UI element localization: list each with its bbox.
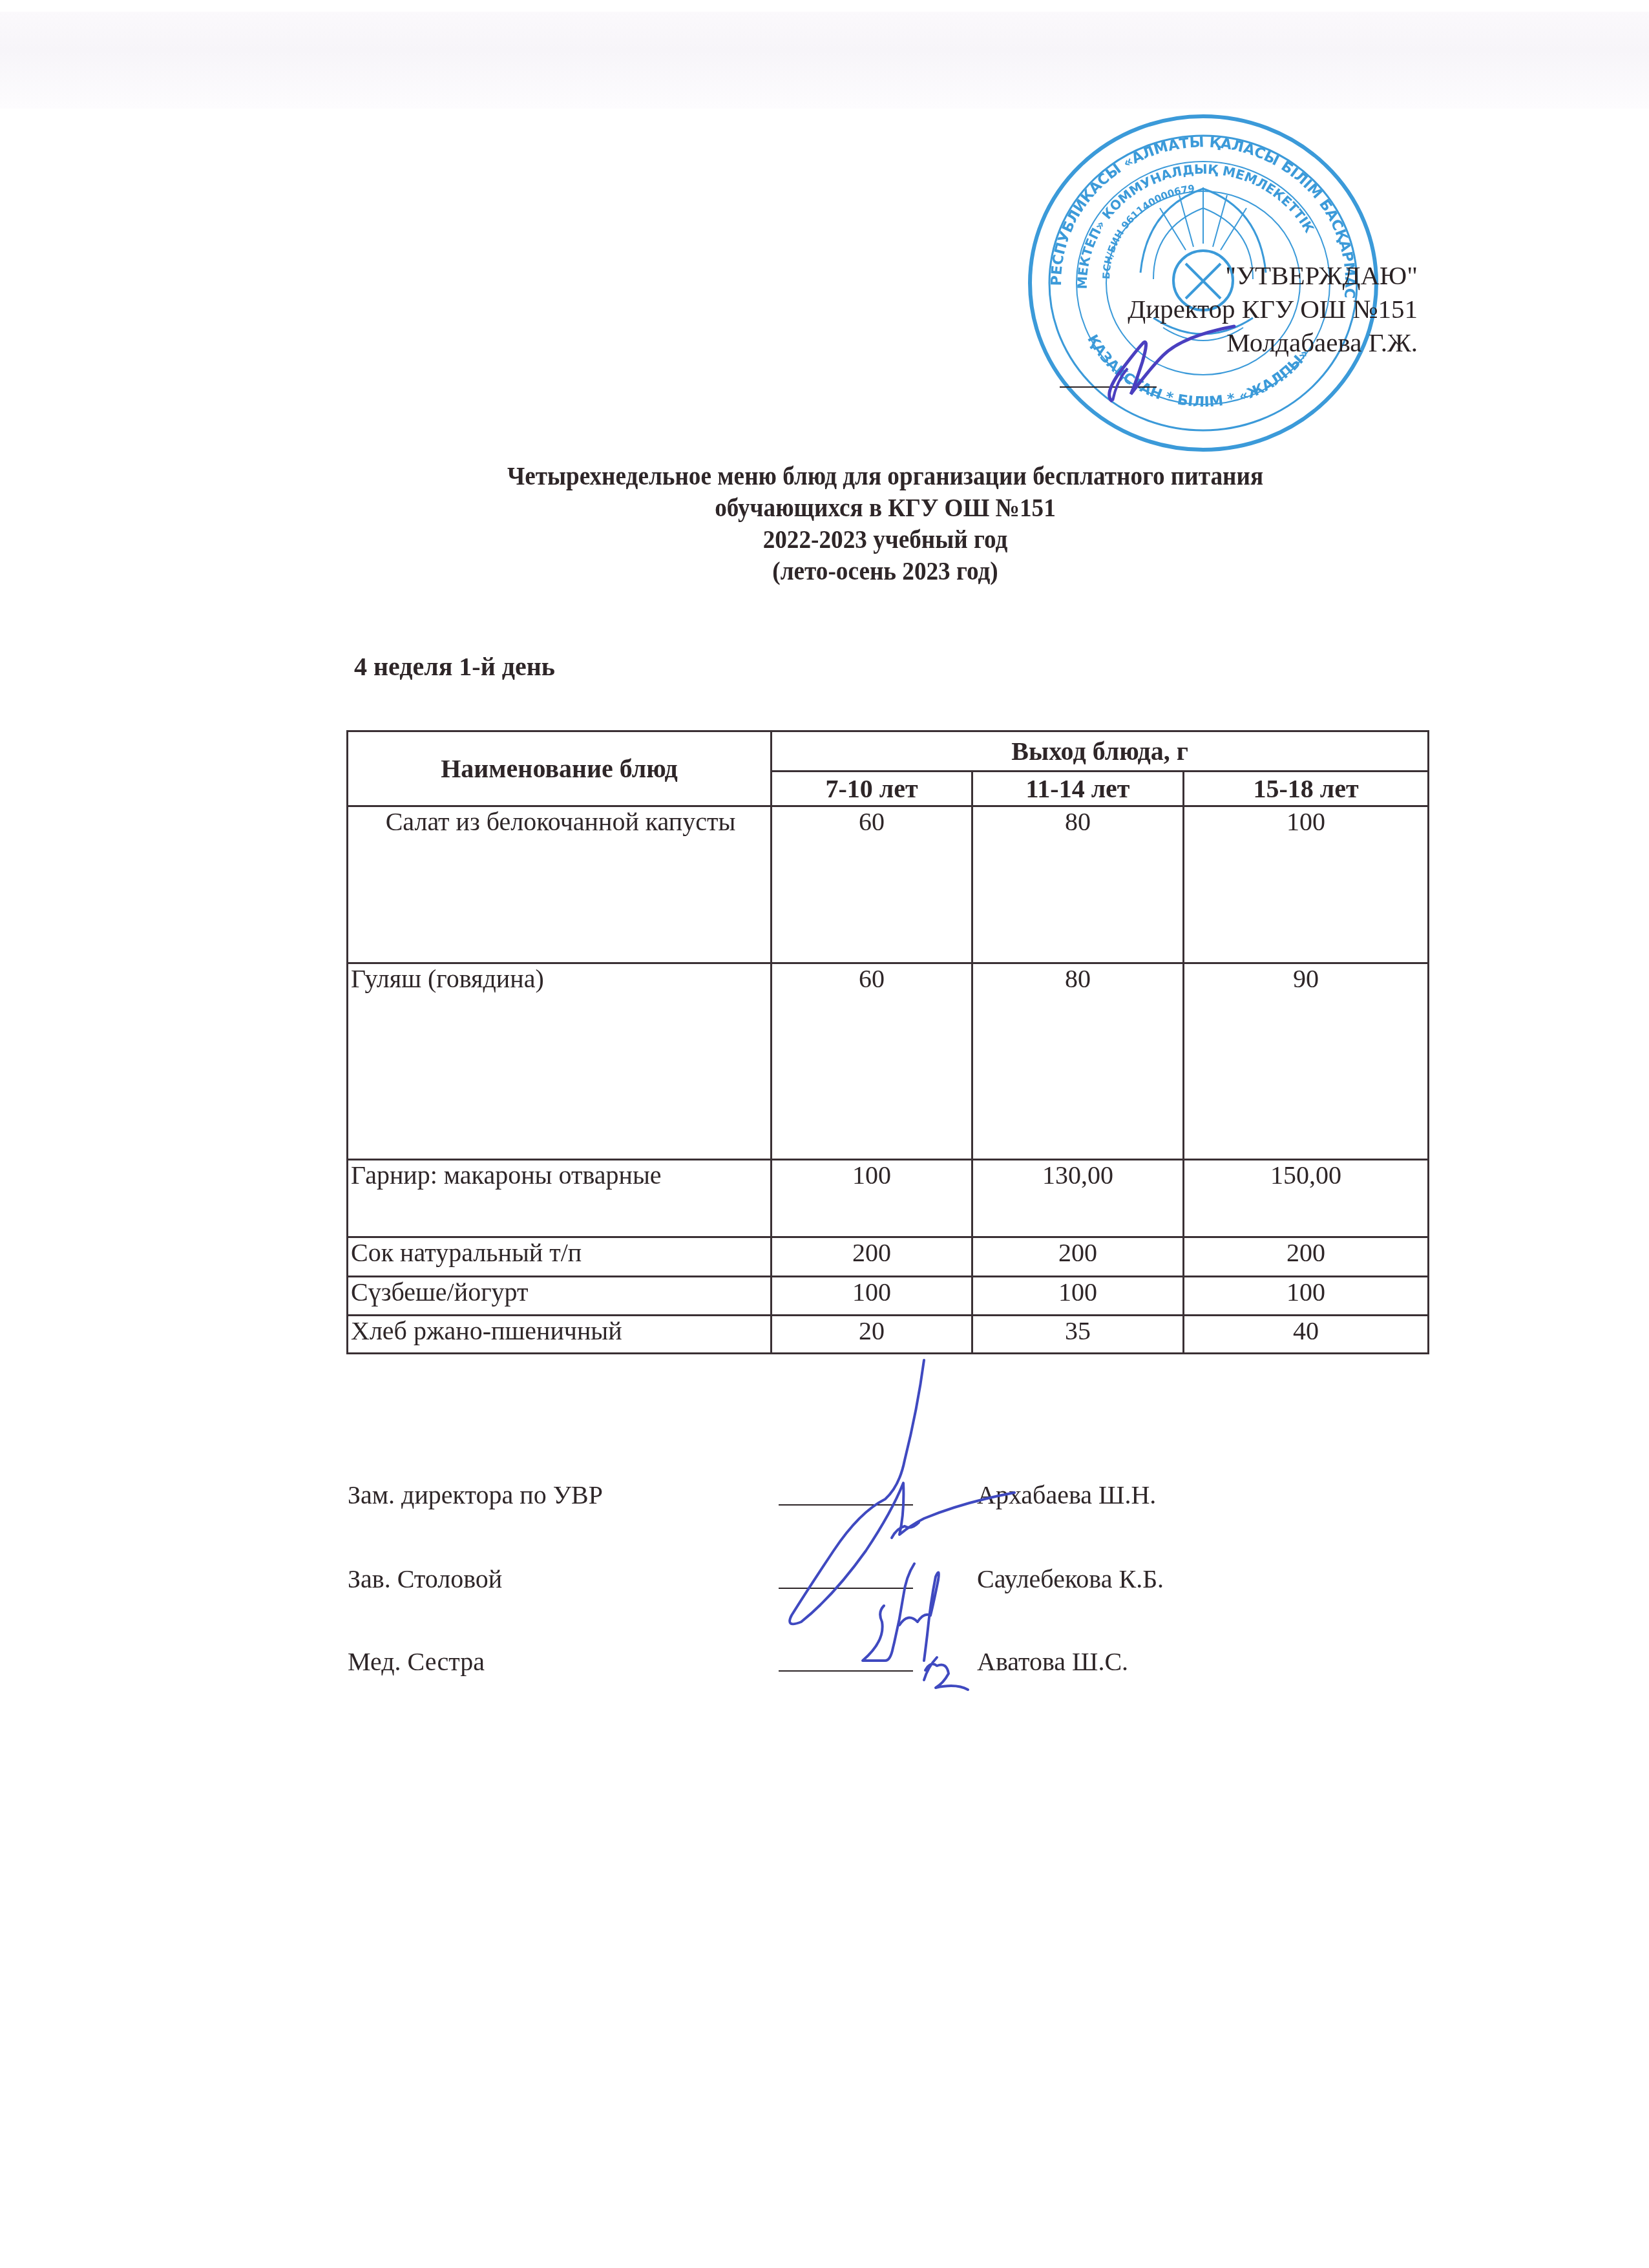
- portion-7-10: 200: [772, 1237, 972, 1277]
- table-row: Сок натуральный т/п 200 200 200: [348, 1237, 1429, 1277]
- portion-7-10: 20: [772, 1316, 972, 1354]
- portion-7-10: 60: [772, 806, 972, 963]
- portion-15-18: 90: [1184, 963, 1429, 1160]
- portion-7-10: 100: [772, 1277, 972, 1316]
- table-row: Салат из белокочанной капусты 60 80 100: [348, 806, 1429, 963]
- portion-11-14: 80: [972, 806, 1184, 963]
- header-age-7-10: 7-10 лет: [772, 772, 972, 806]
- portion-15-18: 200: [1184, 1237, 1429, 1277]
- portion-15-18: 150,00: [1184, 1160, 1429, 1237]
- approval-heading: "УТВЕРЖДАЮ": [1128, 258, 1418, 292]
- portion-11-14: 80: [972, 963, 1184, 1160]
- dish-name: Сок натуральный т/п: [348, 1237, 772, 1277]
- menu-table: Наименование блюд Выход блюда, г 7-10 ле…: [346, 730, 1429, 1354]
- portion-11-14: 100: [972, 1277, 1184, 1316]
- header-age-11-14: 11-14 лет: [972, 772, 1184, 806]
- title-line-3: 2022-2023 учебный год: [386, 523, 1384, 555]
- portion-15-18: 100: [1184, 1277, 1429, 1316]
- table-row: Хлеб ржано-пшеничный 20 35 40: [348, 1316, 1429, 1354]
- header-age-15-18: 15-18 лет: [1184, 772, 1429, 806]
- portion-15-18: 100: [1184, 806, 1429, 963]
- table-row: Гарнир: макароны отварные 100 130,00 150…: [348, 1160, 1429, 1237]
- portion-11-14: 35: [972, 1316, 1184, 1354]
- dish-name: Гуляш (говядина): [348, 963, 772, 1160]
- table-row: Сүзбеше/йогурт 100 100 100: [348, 1277, 1429, 1316]
- dish-name: Сүзбеше/йогурт: [348, 1277, 772, 1316]
- portion-7-10: 60: [772, 963, 972, 1160]
- dish-name: Салат из белокочанной капусты: [348, 806, 772, 963]
- header-dish-name: Наименование блюд: [348, 731, 772, 806]
- portion-7-10: 100: [772, 1160, 972, 1237]
- document-title: Четырехнедельное меню блюд для организац…: [386, 460, 1384, 587]
- table-row: Гуляш (говядина) 60 80 90: [348, 963, 1429, 1160]
- dish-name: Хлеб ржано-пшеничный: [348, 1316, 772, 1354]
- director-signature-icon: [1066, 297, 1273, 414]
- dish-name: Гарнир: макароны отварные: [348, 1160, 772, 1237]
- portion-15-18: 40: [1184, 1316, 1429, 1354]
- signature-role: Зам. директора по УВР: [348, 1480, 603, 1510]
- title-line-1: Четырехнедельное меню блюд для организац…: [386, 460, 1384, 492]
- header-output: Выход блюда, г: [772, 731, 1429, 772]
- portion-11-14: 200: [972, 1237, 1184, 1277]
- signature-role: Мед. Сестра: [348, 1646, 485, 1677]
- signature-role: Зав. Столовой: [348, 1564, 502, 1594]
- title-line-4: (лето-осень 2023 год): [386, 555, 1384, 587]
- handwritten-signatures-icon: [730, 1357, 1040, 1693]
- day-label: 4 неделя 1-й день: [354, 651, 555, 682]
- title-line-2: обучающихся в КГУ ОШ №151: [386, 492, 1384, 523]
- portion-11-14: 130,00: [972, 1160, 1184, 1237]
- scan-shading: [0, 12, 1649, 109]
